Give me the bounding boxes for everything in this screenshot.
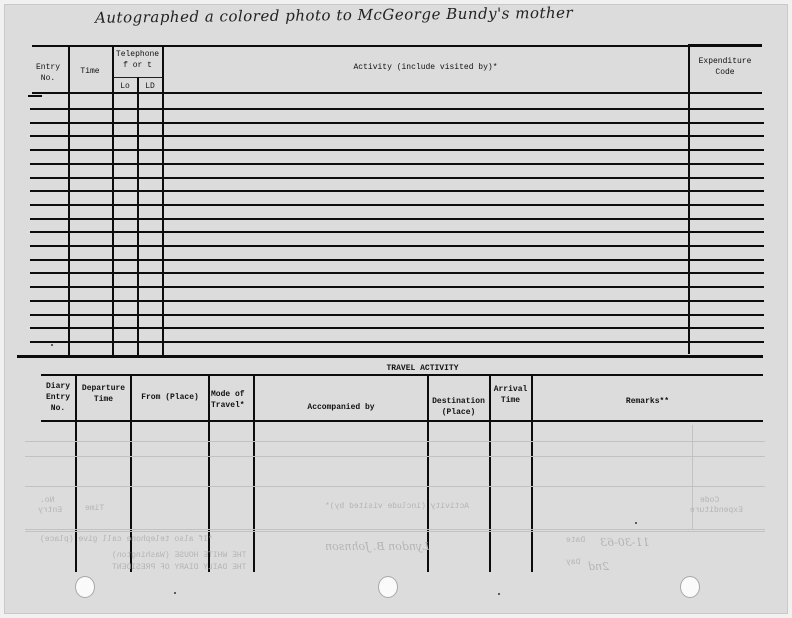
header-diary-line1: Diary [41, 381, 75, 392]
table-row-line [30, 341, 764, 343]
table-row-line [30, 272, 764, 274]
header-bottom-border [32, 92, 762, 94]
header-telephone: Telephone f or t [112, 49, 163, 71]
travel-header-bottom [41, 420, 763, 422]
table-row-line [30, 163, 764, 165]
table-row-line [30, 108, 764, 110]
header-telephone-line1: Telephone [112, 49, 163, 60]
header-accompanied-by: Accompanied by [255, 402, 427, 413]
faint-rule [25, 529, 765, 530]
ghost-expenditure-text: Expenditure [690, 506, 743, 515]
table-row-line [30, 286, 764, 288]
table-row-line [30, 190, 764, 192]
table-row-line [30, 122, 764, 124]
header-expenditure-code: Expenditure Code [690, 56, 760, 78]
header-mode-line2: Travel* [211, 400, 255, 411]
header-diary-line3: No. [41, 403, 75, 414]
header-entry-no: Entry No. [30, 62, 66, 84]
ink-speck [635, 522, 637, 524]
table-row-line [30, 218, 764, 220]
header-destination-line1: Destination [428, 396, 489, 407]
col-divider-time-phone [112, 46, 114, 357]
table-row-line [30, 245, 764, 247]
header-destination-line2: (Place) [428, 407, 489, 418]
table-row-line [30, 314, 764, 316]
ghost-time-text: Time [85, 504, 104, 513]
header-diary-entry-no: Diary Entry No. [41, 381, 75, 414]
table-row-line [30, 327, 764, 329]
header-entry-line1: Entry [30, 62, 66, 73]
header-expenditure-line2: Code [690, 67, 760, 78]
table-row-line [30, 149, 764, 151]
header-arrival-line1: Arrival [490, 384, 531, 395]
header-mode-of-travel: Mode of Travel* [209, 389, 255, 411]
header-activity: Activity (include visited by)* [165, 62, 686, 73]
header-departure-line2: Time [77, 394, 130, 405]
punch-hole-right [680, 576, 700, 598]
faint-rule [25, 486, 765, 487]
header-departure-line1: Departure [77, 383, 130, 394]
faint-rule [25, 441, 765, 442]
ink-speck [51, 344, 53, 346]
header-entry-line2: No. [30, 73, 66, 84]
col-divider-entry-time [68, 46, 70, 357]
diary-form-page [4, 4, 788, 614]
header-diary-line2: Entry [41, 392, 75, 403]
col-divider-phone-activity [162, 46, 164, 357]
ghost-entry-text-2: Entry [38, 506, 62, 515]
punch-hole-center [378, 576, 398, 598]
header-arrival-line2: Time [490, 395, 531, 406]
ghost-entry-text: No. [40, 496, 54, 505]
ghost-day-label: Day [566, 558, 580, 567]
ghost-place-text: THE WHITE HOUSE (Washington) [112, 551, 246, 560]
header-mode-line1: Mode of [211, 389, 255, 400]
ghost-date-value: 11-30-63 [600, 536, 649, 549]
travel-top-border [41, 374, 763, 376]
header-ld: LD [138, 81, 162, 92]
table-row-line [30, 204, 764, 206]
header-arrival-time: Arrival Time [490, 384, 531, 406]
travel-activity-title: TRAVEL ACTIVITY [300, 363, 545, 374]
faint-rule [25, 456, 765, 457]
table-row-line [30, 231, 764, 233]
header-time: Time [70, 66, 110, 77]
ghost-day-value: 2nd [588, 560, 609, 573]
ghost-president-text: THE DAILY DIARY OF PRESIDENT [112, 563, 246, 572]
ghost-activity-text: Activity (include visited by)* [325, 502, 469, 511]
expenditure-top-border [688, 44, 762, 46]
table-row-line [30, 135, 764, 137]
section-divider [17, 355, 763, 358]
entry-tick-mark [28, 95, 42, 97]
header-telephone-line2: f or t [112, 60, 163, 71]
header-remarks: Remarks** [533, 396, 762, 407]
ghost-date-label: Date [566, 536, 585, 545]
table-row-line [30, 300, 764, 302]
header-expenditure-line1: Expenditure [690, 56, 760, 67]
table-row-line [30, 259, 764, 261]
ghost-signature: Lyndon B. Johnson [325, 540, 429, 553]
table-row-line [30, 177, 764, 179]
header-lo: Lo [113, 81, 137, 92]
header-departure-time: Departure Time [77, 383, 130, 405]
ink-speck [498, 593, 500, 595]
punch-hole-left [75, 576, 95, 598]
header-destination: Destination (Place) [428, 396, 489, 418]
header-from-place: From (Place) [132, 392, 208, 403]
ink-speck [174, 592, 176, 594]
table-top-border [32, 45, 762, 47]
ghost-code-text: Code [700, 496, 719, 505]
col-divider-activity-code [688, 44, 690, 354]
faint-rule [25, 531, 765, 532]
ghost-footnote-text: *If also telephone call give (place) [40, 535, 213, 544]
